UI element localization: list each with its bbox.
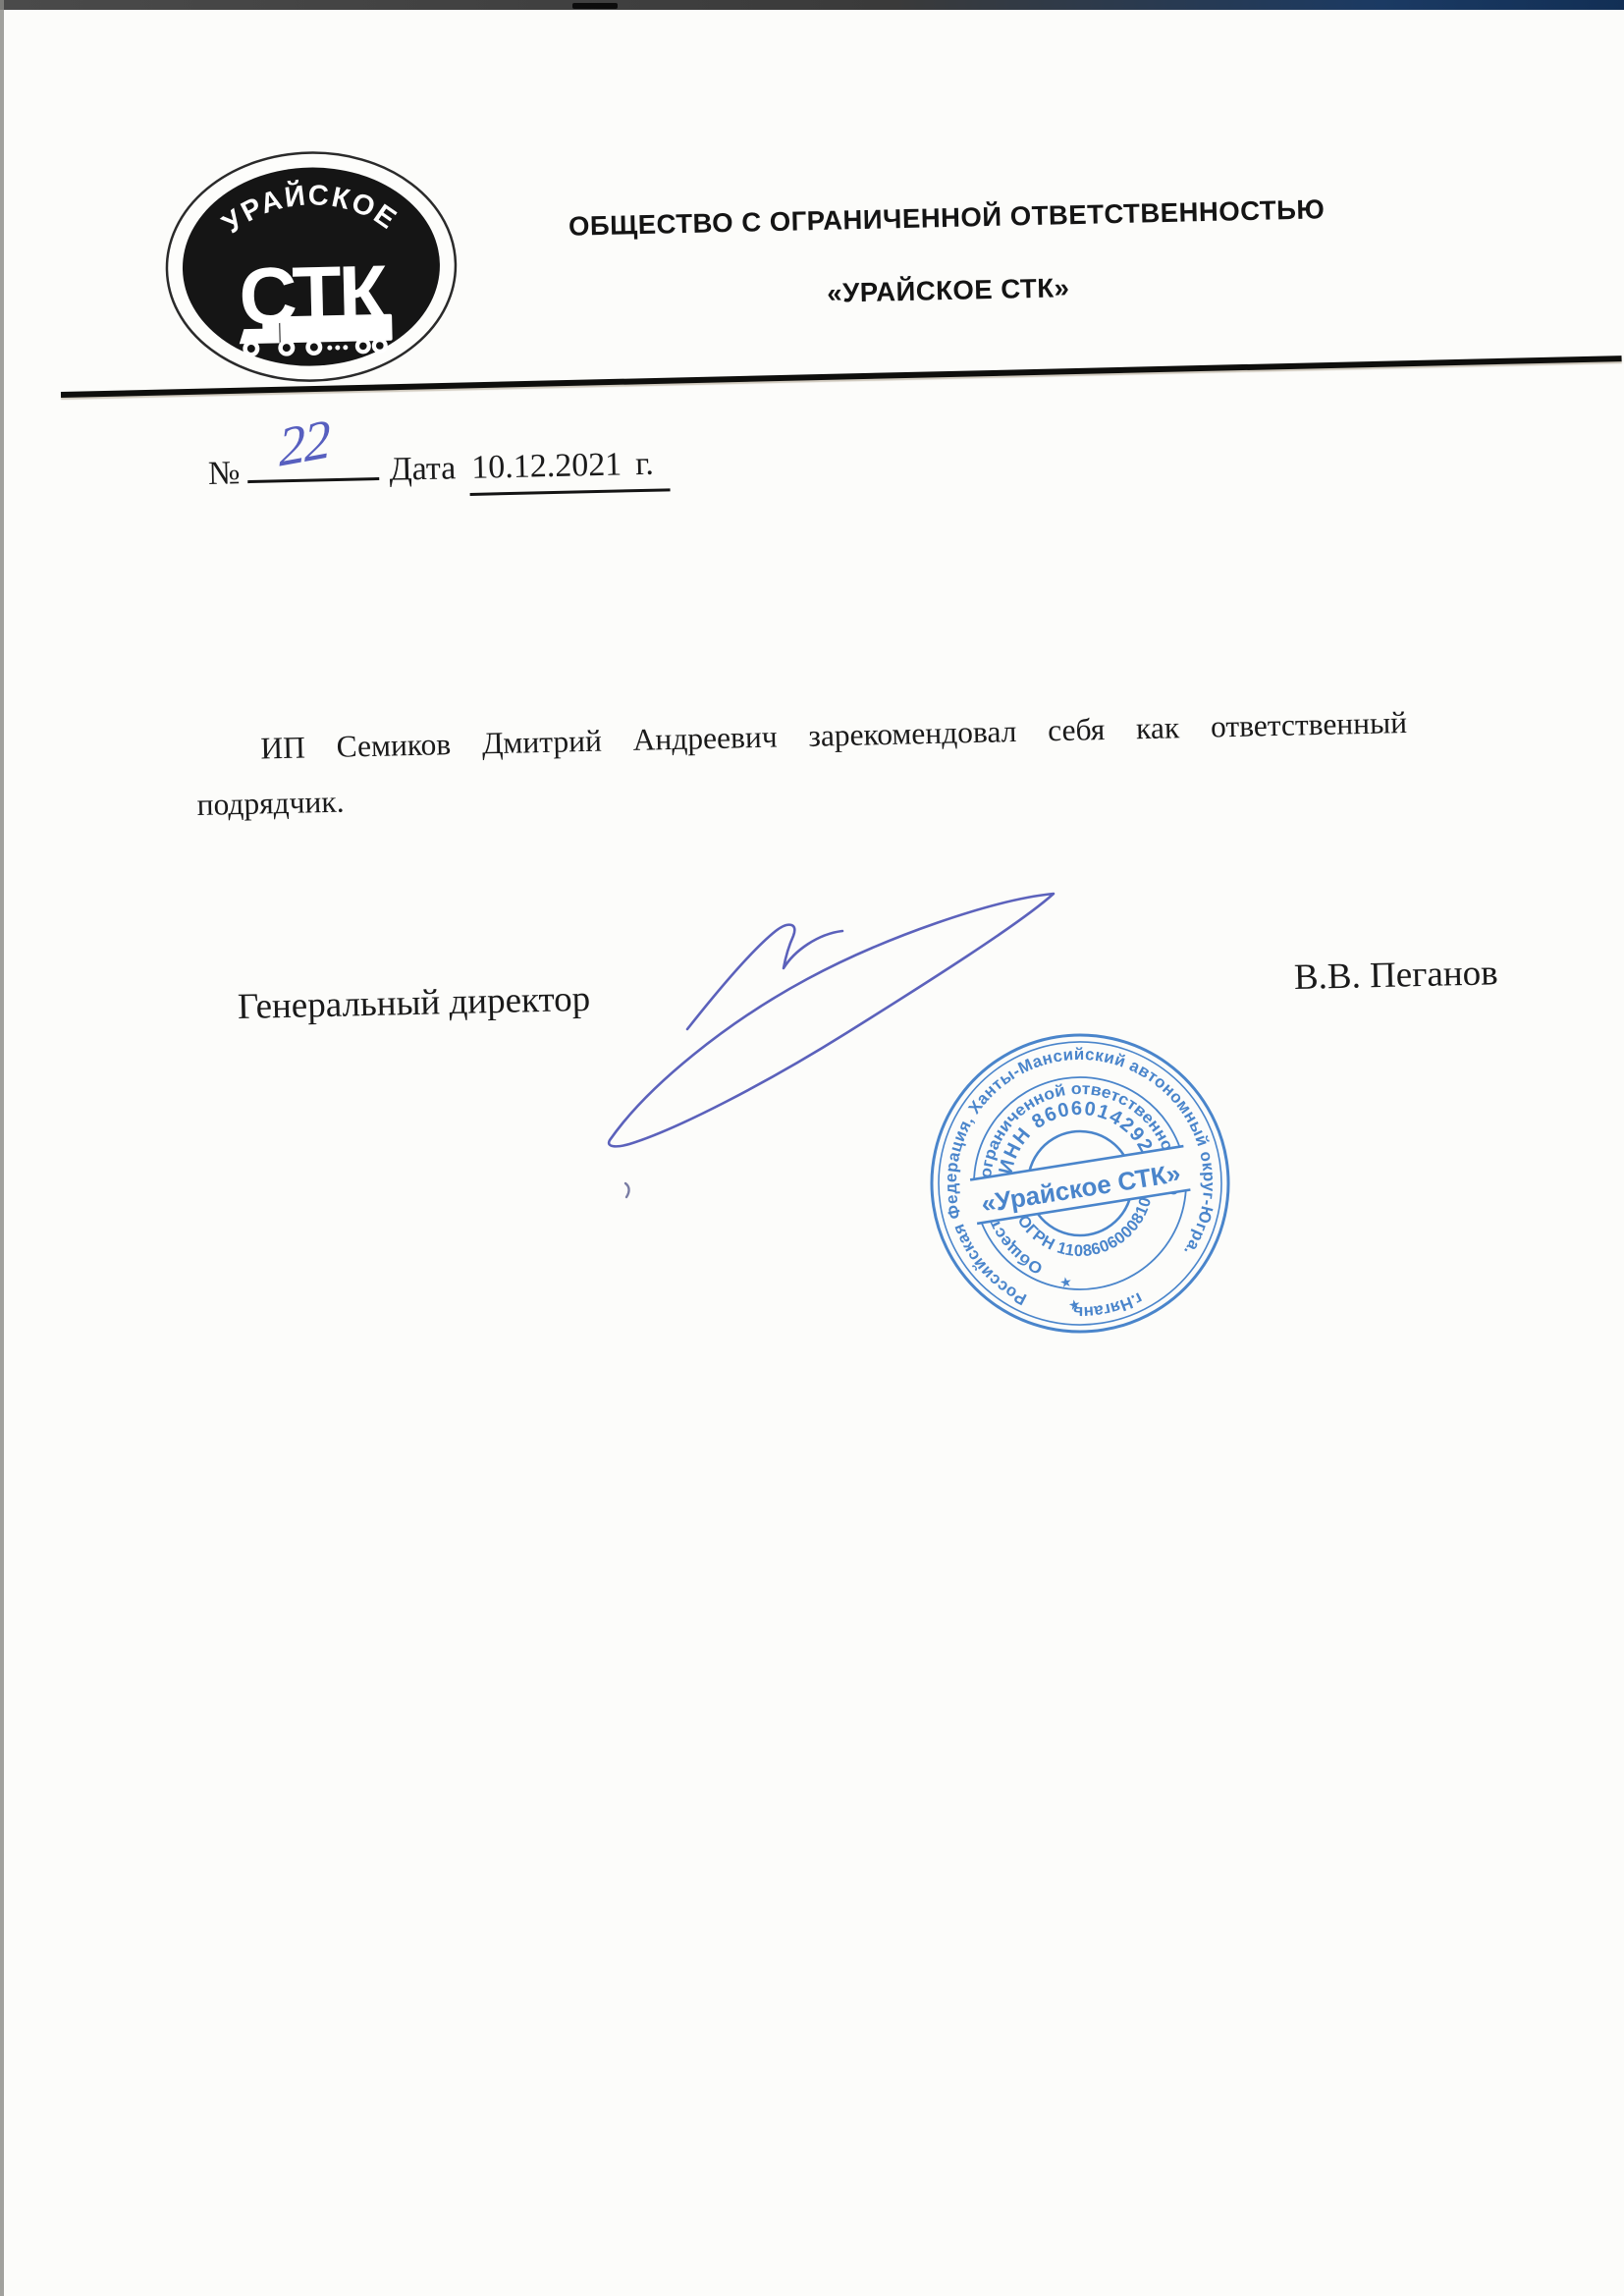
date-suffix: г. xyxy=(635,446,654,482)
company-name: «УРАЙСКОЕ СТК» xyxy=(556,266,1342,315)
body-paragraph: ИП Семиков Дмитрий Андреевич зарекомендо… xyxy=(195,695,1409,833)
svg-text:Российская Федерация, Ханты-Ма: Российская Федерация, Ханты-Мансийский а… xyxy=(918,1021,1242,1345)
logo-oval: УРАЙСКОЕ СТК xyxy=(160,144,461,389)
letterhead: ОБЩЕСТВО С ОГРАНИЧЕННОЙ ОТВЕТСТВЕННОСТЬЮ… xyxy=(554,193,1341,315)
handwritten-number: 22 xyxy=(278,408,331,480)
scan-left-edge xyxy=(0,0,4,2296)
scan-top-edge xyxy=(0,0,1624,10)
date-label: Дата xyxy=(389,450,457,489)
company-form-title: ОБЩЕСТВО С ОГРАНИЧЕННОЙ ОТВЕТСТВЕННОСТЬЮ xyxy=(554,193,1340,243)
svg-text:ИНН 8606014292: ИНН 8606014292 xyxy=(986,1086,1159,1179)
scanned-letter-page: УРАЙСКОЕ СТК ОБЩЕСТВО С ОГРАНИЧЕННОЙ ОТВ… xyxy=(0,0,1624,2296)
scan-artifact-dash xyxy=(572,3,618,9)
stamp-inn-text: ИНН 8606014292 xyxy=(986,1086,1159,1179)
stamp-ogrn-text: ОГРН 1108606000810 xyxy=(1012,1192,1163,1271)
number-label: № xyxy=(208,455,241,493)
stamp-star-icon: ★ xyxy=(1058,1274,1073,1291)
company-stamp: Российская Федерация, Ханты-Мансийский а… xyxy=(918,1021,1242,1345)
svg-text:ОГРН 1108606000810: ОГРН 1108606000810 xyxy=(1012,1192,1163,1271)
stamp-star-icon: ★ xyxy=(1067,1296,1082,1314)
reference-line: № 22 Дата 10.12.2021г. xyxy=(207,429,670,502)
company-logo: УРАЙСКОЕ СТК xyxy=(160,144,461,389)
stamp-outer-text: Российская Федерация, Ханты-Мансийский а… xyxy=(918,1021,1242,1345)
stamp-city-text: г.Нягань xyxy=(1069,1287,1147,1325)
stamp-center-text: «Урайское СТК» xyxy=(979,1158,1182,1219)
date-value-underlined: 10.12.2021г. xyxy=(469,445,671,496)
svg-text:г.Нягань: г.Нягань xyxy=(1069,1287,1147,1325)
signatory-position: Генеральный директор xyxy=(238,978,591,1028)
date-value: 10.12.2021 xyxy=(471,446,623,485)
signatory-name: В.В. Пеганов xyxy=(1294,952,1499,999)
stamp-middle-text: Общество с ограниченной ответственностью xyxy=(944,1047,1212,1318)
svg-text:Общество с ограниченной ответс: Общество с ограниченной ответственностью xyxy=(944,1047,1212,1318)
